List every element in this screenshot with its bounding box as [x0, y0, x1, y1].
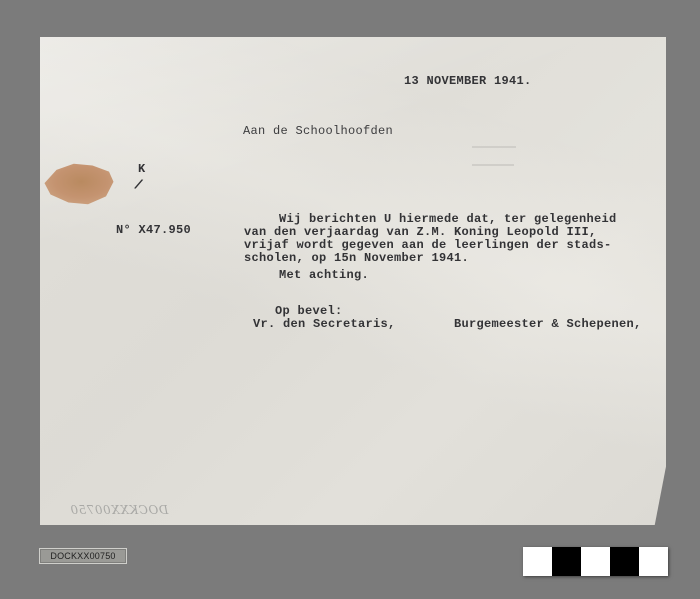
document-addressee: Aan de Schoolhoofden [243, 125, 393, 137]
scale-segment-white [639, 547, 668, 576]
margin-mark-letter: K [138, 163, 146, 175]
closing-text: Met achting. [279, 269, 369, 281]
scale-segment-white [581, 547, 610, 576]
order-line: Op bevel: [275, 305, 343, 317]
color-scale-bar [523, 547, 668, 576]
faint-mark-1 [472, 146, 516, 148]
signatory-right: Burgemeester & Schepenen, [454, 318, 642, 330]
reference-number: N° X47.950 [116, 224, 191, 236]
pencil-annotation: DOCKXX00750 [70, 503, 168, 517]
scale-segment-black [610, 547, 639, 576]
body-line-4: scholen, op 15n November 1941. [244, 252, 469, 264]
faint-mark-2 [472, 164, 514, 166]
body-line-1: Wij berichten U hiermede dat, ter gelege… [279, 213, 617, 225]
body-line-2: van den verjaardag van Z.M. Koning Leopo… [244, 226, 597, 238]
signatory-left: Vr. den Secretaris, [253, 318, 396, 330]
body-line-3: vrijaf wordt gegeven aan de leerlingen d… [244, 239, 612, 251]
document-date: 13 NOVEMBER 1941. [404, 75, 532, 87]
archive-reference-label: DOCKXX00750 [39, 548, 127, 564]
scale-segment-white [523, 547, 552, 576]
scale-segment-black [552, 547, 581, 576]
